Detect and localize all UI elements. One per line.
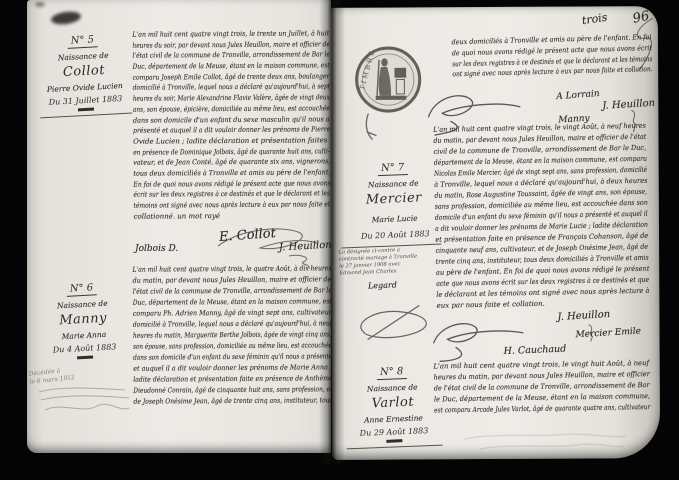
scanned-register-spread: N° 5 Naissance de Collot Pierre Ovide Lu…: [0, 0, 679, 480]
stamp-cancel-mark-icon: [360, 112, 390, 142]
act-number: N° 6: [67, 282, 97, 297]
manuscript-line: de Joseph Onésime Jean, âgé de trente ci…: [133, 397, 305, 409]
mention-line: Edmond Jean Charles: [339, 267, 445, 278]
marginal-mention: La désignée ci-contre acontracté mariage…: [338, 243, 446, 287]
manuscript-line: témoins ont signé avec nous après lectur…: [134, 202, 301, 214]
act-date: Du 31 Juillet 1883: [34, 93, 136, 107]
manuscript-line: collationné. un mot rayé: [134, 212, 331, 224]
family-name: Manny: [31, 309, 136, 329]
margin-dash: [77, 356, 93, 360]
act-number: N° 7: [378, 162, 408, 176]
act-caption: Naissance de: [342, 177, 444, 190]
margin-note-act7: N° 7 Naissance de Mercier Marie Lucie Du…: [341, 154, 446, 242]
timbre-stamp-icon: TIMBRE: [352, 43, 424, 115]
margin-rule: [40, 113, 132, 119]
left-page: N° 5 Naissance de Collot Pierre Ovide Lu…: [27, 0, 331, 453]
ink-smudge: [35, 2, 45, 7]
pencil-scrawl-icon: [35, 384, 135, 418]
manuscript-line: présenté et auquel il a dit vouloir donn…: [133, 127, 305, 139]
ink-smudge: [50, 10, 81, 26]
manuscript-line: est comparu Arcade Jules Varlot, âgé de …: [434, 405, 614, 419]
act5-text: L'an mil huit cent quatre vingt trois, l…: [132, 30, 330, 224]
act6-end-text: deux domiciliés à Tronville et amis au p…: [452, 34, 653, 82]
family-name: Varlot: [342, 393, 445, 412]
child-name: Marie Lucie: [344, 212, 446, 225]
margin-note-act6: N° 6 Naissance de Manny Marie Anna Du 4 …: [29, 273, 137, 361]
manuscript-line: ont signé avec nous après lecture à eux …: [452, 67, 622, 82]
pencil-scrawl-icon: [460, 430, 630, 455]
margin-rule: [347, 445, 443, 450]
family-name: Collot: [33, 61, 136, 81]
margin-note-act5: N° 5 Naissance de Collot Pierre Ovide Lu…: [31, 25, 137, 118]
child-name: Marie Anna: [32, 328, 136, 342]
margin-dash: [386, 439, 402, 443]
child-name: Pierre Ovide Lucien: [34, 80, 136, 94]
margin-note-act8: N° 8 Naissance de Varlot Anne Ernestine …: [340, 358, 445, 450]
book-gutter: [319, 0, 345, 464]
signature-witness-jolbois: Jolbois D.: [135, 244, 178, 254]
mention-text: La désignée ci-contre acontracté mariage…: [339, 246, 446, 278]
margin-dash: [78, 108, 94, 112]
act8-text: L'an mil huit cent quatre vingt trois, l…: [433, 360, 650, 418]
signature-officer-heuillon: J. Heuillon: [557, 309, 610, 323]
signature-witness-cauchaud: H. Cauchaud: [503, 344, 566, 358]
right-page: trois 96 TIMBRE deux domiciliés à Tronvi…: [330, 6, 660, 460]
folio-word: trois: [581, 11, 608, 28]
act-date: Du 20 Août 1883: [344, 228, 446, 241]
act-number: N° 8: [377, 366, 407, 380]
act7-text: L'an mil huit cent quatre vingt trois, l…: [433, 123, 650, 314]
mention-paraph-icon: [349, 299, 439, 345]
act6-text: L'an mil huit cent quatre vingt trois, l…: [133, 265, 333, 409]
signature-witness-lorrain: A Lorrain: [556, 89, 600, 102]
act-date: Du 29 Août 1883: [343, 425, 445, 438]
act-date: Du 4 Août 1883: [32, 341, 136, 355]
family-name: Mercier: [343, 189, 446, 208]
child-name: Anne Ernestine: [342, 412, 444, 425]
act-number: N° 5: [67, 34, 97, 49]
act-caption: Naissance de: [341, 382, 443, 395]
